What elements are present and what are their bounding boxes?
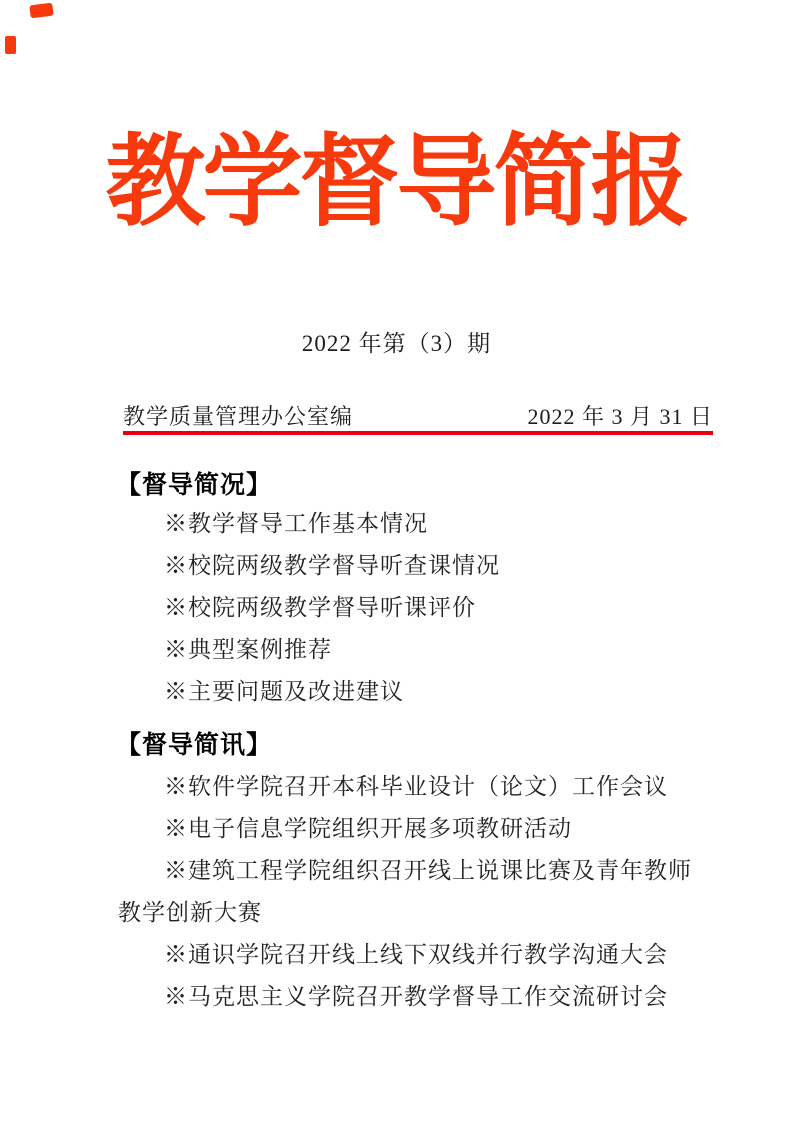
section-heading-supervision-overview: 【督导简况】 [116, 470, 272, 500]
list-item: ※主要问题及改进建议 [118, 671, 703, 713]
supervision-news-list: ※软件学院召开本科毕业设计（论文）工作会议 ※电子信息学院组织开展多项教研活动 … [118, 766, 703, 1018]
list-item: ※通识学院召开线上线下双线并行教学沟通大会 [118, 934, 703, 976]
list-item: ※校院两级教学督导听课评价 [118, 587, 703, 629]
red-scan-fragment-2 [5, 36, 16, 54]
list-item: ※马克思主义学院召开教学督导工作交流研讨会 [118, 976, 703, 1018]
editor-office-label: 教学质量管理办公室编 [123, 404, 353, 430]
issue-number-line: 2022 年第（3）期 [0, 331, 793, 357]
section-heading-supervision-news: 【督导简讯】 [116, 730, 272, 760]
supervision-overview-list: ※教学督导工作基本情况 ※校院两级教学督导听查课情况 ※校院两级教学督导听课评价… [118, 503, 703, 713]
bulletin-page: 教学督导简报 2022 年第（3）期 教学质量管理办公室编 2022 年 3 月… [0, 0, 793, 1122]
masthead-row: 教学质量管理办公室编 2022 年 3 月 31 日 [123, 404, 713, 430]
bulletin-title: 教学督导简报 [0, 124, 793, 242]
list-item: ※校院两级教学督导听查课情况 [118, 545, 703, 587]
list-item: ※电子信息学院组织开展多项教研活动 [118, 808, 703, 850]
list-item: ※教学督导工作基本情况 [118, 503, 703, 545]
list-item: ※典型案例推荐 [118, 629, 703, 671]
issue-date: 2022 年 3 月 31 日 [527, 404, 713, 430]
list-item: ※软件学院召开本科毕业设计（论文）工作会议 [118, 766, 703, 808]
masthead-divider-rule [123, 431, 713, 435]
list-item: ※建筑工程学院组织召开线上说课比赛及青年教师教学创新大赛 [118, 850, 703, 934]
red-scan-fragment-1 [29, 3, 53, 19]
